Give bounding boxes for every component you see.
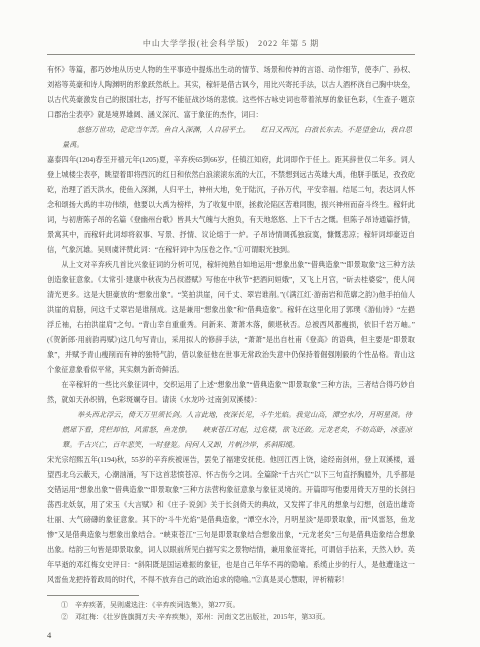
footnote-rule [47,595,139,596]
header-rule [47,54,415,55]
body-paragraph: 宋光宗绍熙五年(1194)秋，55岁的辛弃疾被诬告，罢免了福建安抚使。他回江西上… [47,453,415,588]
body-paragraph: 在辛稼轩的一些比兴象征词中，交织运用了上述“想象出象”“借典造象”“即景取象”三… [47,378,415,408]
article-body: 有怀》等篇，都巧妙地从历史人物的生平事迹中提炼出生动的情节、场景和传神的言语、动… [47,63,415,588]
body-paragraph: 嘉泰四年(1204)春至开禧元年(1205)夏，辛弃疾65到66岁，任镇江知府，… [47,153,415,258]
poem-quote: 举头西北浮云，倚天万里须长剑。人言此地，夜深长见，斗牛光焰。我觉山高，潭空水冷，… [62,408,412,453]
footnote-item: ② 邓红梅：《壮岁旌旗拥万夫·辛弃疾集》，郑州：河南文艺出版社，2015年，第3… [47,612,415,624]
poem-quote: 悠悠万世功，矻矻当年苦。鱼自入深渊，人自居平土。 红日又西沉，白浪长东去。不是望… [62,123,412,153]
body-paragraph: 有怀》等篇，都巧妙地从历史人物的生平事迹中提炼出生动的情节、场景和传神的言语、动… [47,63,415,123]
body-paragraph: 从上文对辛弃疾几首比兴象征词的分析可见，稼轩纯熟自如地运用“想象出象”“借典造象… [47,258,415,378]
journal-page: 中山大学学报(社会科学版) 2022 年第 5 期 有怀》等篇，都巧妙地从历史人… [0,0,480,647]
journal-title-issue: 中山大学学报(社会科学版) 2022 年第 5 期 [143,39,319,48]
footnote-item: ① 辛弃疾著，吴则虞选注：《辛弃疾词选集》，第277页。 [47,600,415,612]
page-number: 4 [47,630,415,640]
running-header: 中山大学学报(社会科学版) 2022 年第 5 期 [47,38,415,49]
footnotes-section: ① 辛弃疾著，吴则虞选注：《辛弃疾词选集》，第277页。 ② 邓红梅：《壮岁旌旗… [47,595,415,624]
